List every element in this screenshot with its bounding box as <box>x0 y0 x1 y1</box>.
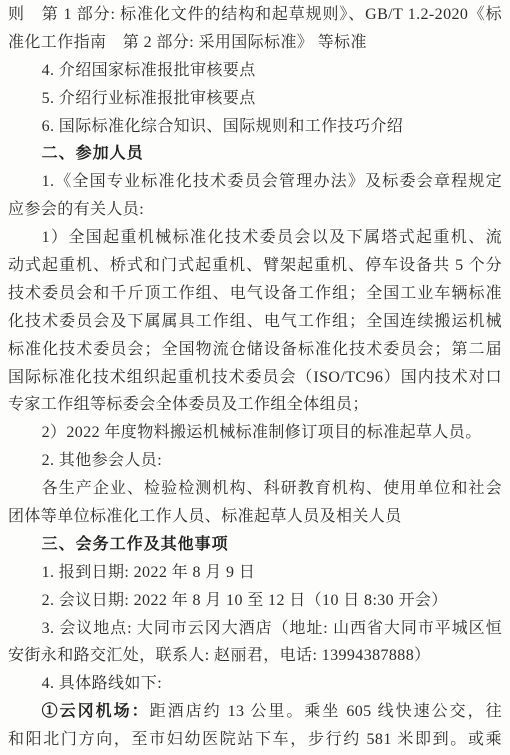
document-line: ①云冈机场：距酒店约 13 公里。乘坐 605 线快速公交，往 <box>8 698 502 726</box>
document-line: 1.《全国专业标准化技术委员会管理办法》及标委会章程规定 <box>8 168 502 196</box>
document-line: 6. 国际标准化综合知识、国际规则和工作技巧介绍 <box>8 113 502 141</box>
document-line: 4. 具体路线如下: <box>8 670 502 698</box>
document-line: 则 第 1 部分: 标准化文件的结构和起草规则》、GB/T 1.2-2020《标 <box>8 1 502 29</box>
document-line: 标准化技术委员会；全国物流仓储设备标准化技术委员会；第二届 <box>8 336 502 364</box>
document-line: 2. 会议日期: 2022 年 8 月 10 至 12 日（10 日 8:30 … <box>8 587 502 615</box>
document-line: 安街永和路交汇处，联系人: 赵丽君，电话: 13994387888） <box>8 642 502 670</box>
document-line: 3. 会议地点: 大同市云冈大酒店（地址: 山西省大同市平城区恒 <box>8 615 502 643</box>
document-line: 和阳北门方向，至市妇幼医院站下车，步行约 581 米即到。或乘 <box>8 726 502 754</box>
document-body: 则 第 1 部分: 标准化文件的结构和起草规则》、GB/T 1.2-2020《标… <box>8 1 502 754</box>
document-line: 动式起重机、桥式和门式起重机、臂架起重机、停车设备共 5 个分 <box>8 252 502 280</box>
document-line: 各生产企业、检验检测机构、科研教育机构、使用单位和社会 <box>8 475 502 503</box>
document-line: 1）全国起重机械标准化技术委员会以及下属塔式起重机、流 <box>8 224 502 252</box>
document-line: 4. 介绍国家标准报批审核要点 <box>8 57 502 85</box>
document-line: 2）2022 年度物料搬运机械标准制修订项目的标准起草人员。 <box>8 419 502 447</box>
document-line: 5. 介绍行业标准报批审核要点 <box>8 85 502 113</box>
document-line: 1. 报到日期: 2022 年 8 月 9 日 <box>8 559 502 587</box>
section-heading: 二、参加人员 <box>8 140 502 168</box>
document-line: 应参会的有关人员: <box>8 196 502 224</box>
document-line: 2. 其他参会人员: <box>8 447 502 475</box>
document-line: 团体等单位标准化工作人员、标准起草人员及相关人员 <box>8 503 502 531</box>
section-heading: 三、会务工作及其他事项 <box>8 531 502 559</box>
document-page: 则 第 1 部分: 标准化文件的结构和起草规则》、GB/T 1.2-2020《标… <box>0 0 510 755</box>
document-line: 化技术委员会及下属属具工作组、电气工作组；全国连续搬运机械 <box>8 308 502 336</box>
line-lead-bold: ①云冈机场： <box>42 703 150 720</box>
document-line: 专家工作组等标委会全体委员及工作组全体组员； <box>8 391 502 419</box>
document-line: 国际标准化技术组织起重机技术委员会（ISO/TC96）国内技术对口 <box>8 364 502 392</box>
document-line: 准化工作指南 第 2 部分: 采用国际标准》 等标准 <box>8 29 502 57</box>
document-line: 技术委员会和千斤顶工作组、电气设备工作组；全国工业车辆标准 <box>8 280 502 308</box>
